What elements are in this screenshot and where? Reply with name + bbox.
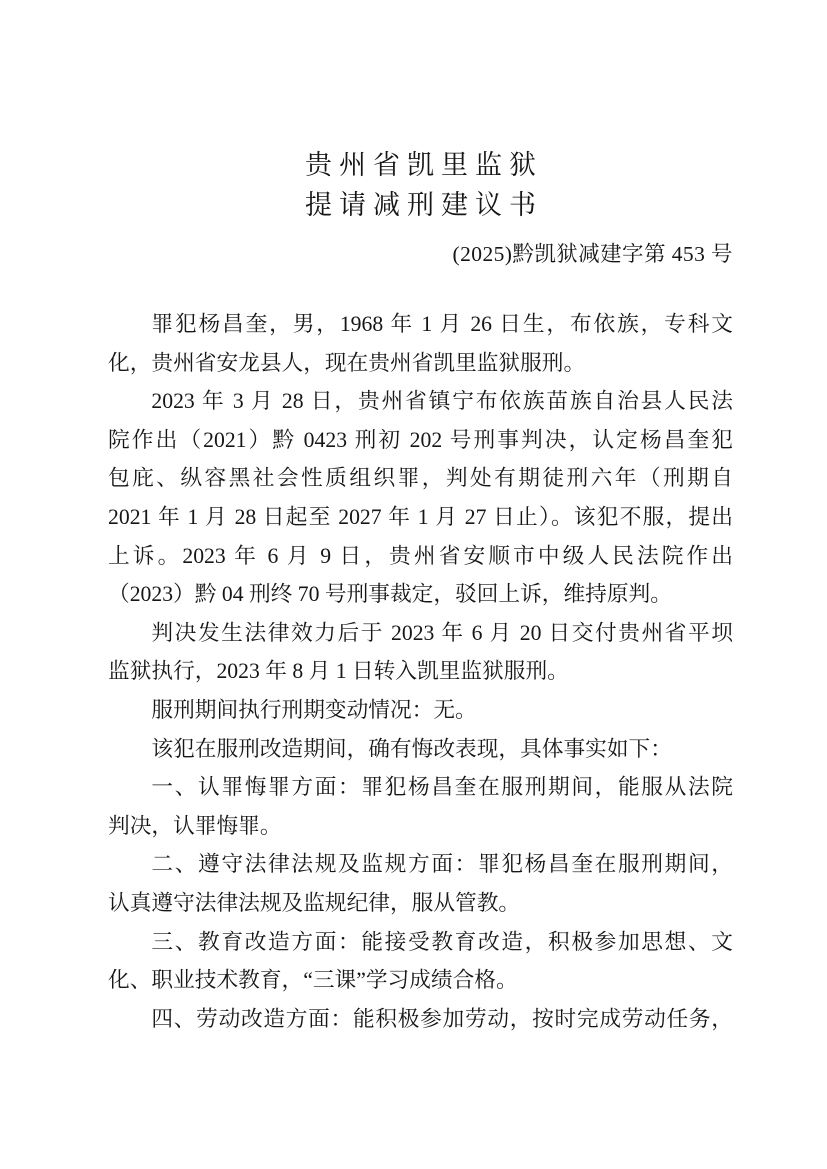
body-line: 二、遵守法律法规及监规方面：罪犯杨昌奎在服刑期间， (108, 845, 733, 884)
body-line: 化，贵州省安龙县人，现在贵州省凯里监狱服刑。 (108, 344, 733, 383)
body-line: 一、认罪悔罪方面：罪犯杨昌奎在服刑期间，能服从法院 (108, 768, 733, 807)
document-content: 贵州省凯里监狱 提请减刑建议书 (2025)黔凯狱减建字第 453 号 罪犯杨昌… (0, 0, 827, 1038)
document-body: 罪犯杨昌奎，男，1968 年 1 月 26 日生，布依族，专科文 化，贵州省安龙… (108, 305, 733, 1038)
body-line: 该犯在服刑改造期间，确有悔改表现，具体事实如下： (108, 730, 733, 769)
body-line: 院作出（2021）黔 0423 刑初 202 号刑事判决，认定杨昌奎犯 (108, 421, 733, 460)
document-page: 贵州省凯里监狱 提请减刑建议书 (2025)黔凯狱减建字第 453 号 罪犯杨昌… (0, 0, 827, 1169)
document-number: (2025)黔凯狱减建字第 453 号 (108, 241, 733, 267)
body-line: 判决，认罪悔罪。 (108, 807, 733, 846)
body-line: 包庇、纵容黑社会性质组织罪，判处有期徒刑六年（刑期自 (108, 459, 733, 498)
body-line: 服刑期间执行刑期变动情况：无。 (108, 691, 733, 730)
document-title-line-1: 贵州省凯里监狱 (108, 145, 733, 185)
body-line: 罪犯杨昌奎，男，1968 年 1 月 26 日生，布依族，专科文 (108, 305, 733, 344)
body-line: （2023）黔 04 刑终 70 号刑事裁定，驳回上诉，维持原判。 (108, 575, 733, 614)
body-line: 上诉。2023 年 6 月 9 日，贵州省安顺市中级人民法院作出 (108, 537, 733, 576)
document-title-line-2: 提请减刑建议书 (108, 185, 733, 225)
body-line: 三、教育改造方面：能接受教育改造，积极参加思想、文 (108, 923, 733, 962)
body-line: 判决发生法律效力后于 2023 年 6 月 20 日交付贵州省平坝 (108, 614, 733, 653)
body-line: 认真遵守法律法规及监规纪律，服从管教。 (108, 884, 733, 923)
body-line: 监狱执行，2023 年 8 月 1 日转入凯里监狱服刑。 (108, 652, 733, 691)
body-line: 2023 年 3 月 28 日，贵州省镇宁布依族苗族自治县人民法 (108, 382, 733, 421)
body-line: 2021 年 1 月 28 日起至 2027 年 1 月 27 日止）。该犯不服… (108, 498, 733, 537)
body-line: 四、劳动改造方面：能积极参加劳动，按时完成劳动任务， (108, 1000, 733, 1039)
body-line: 化、职业技术教育，“三课”学习成绩合格。 (108, 961, 733, 1000)
